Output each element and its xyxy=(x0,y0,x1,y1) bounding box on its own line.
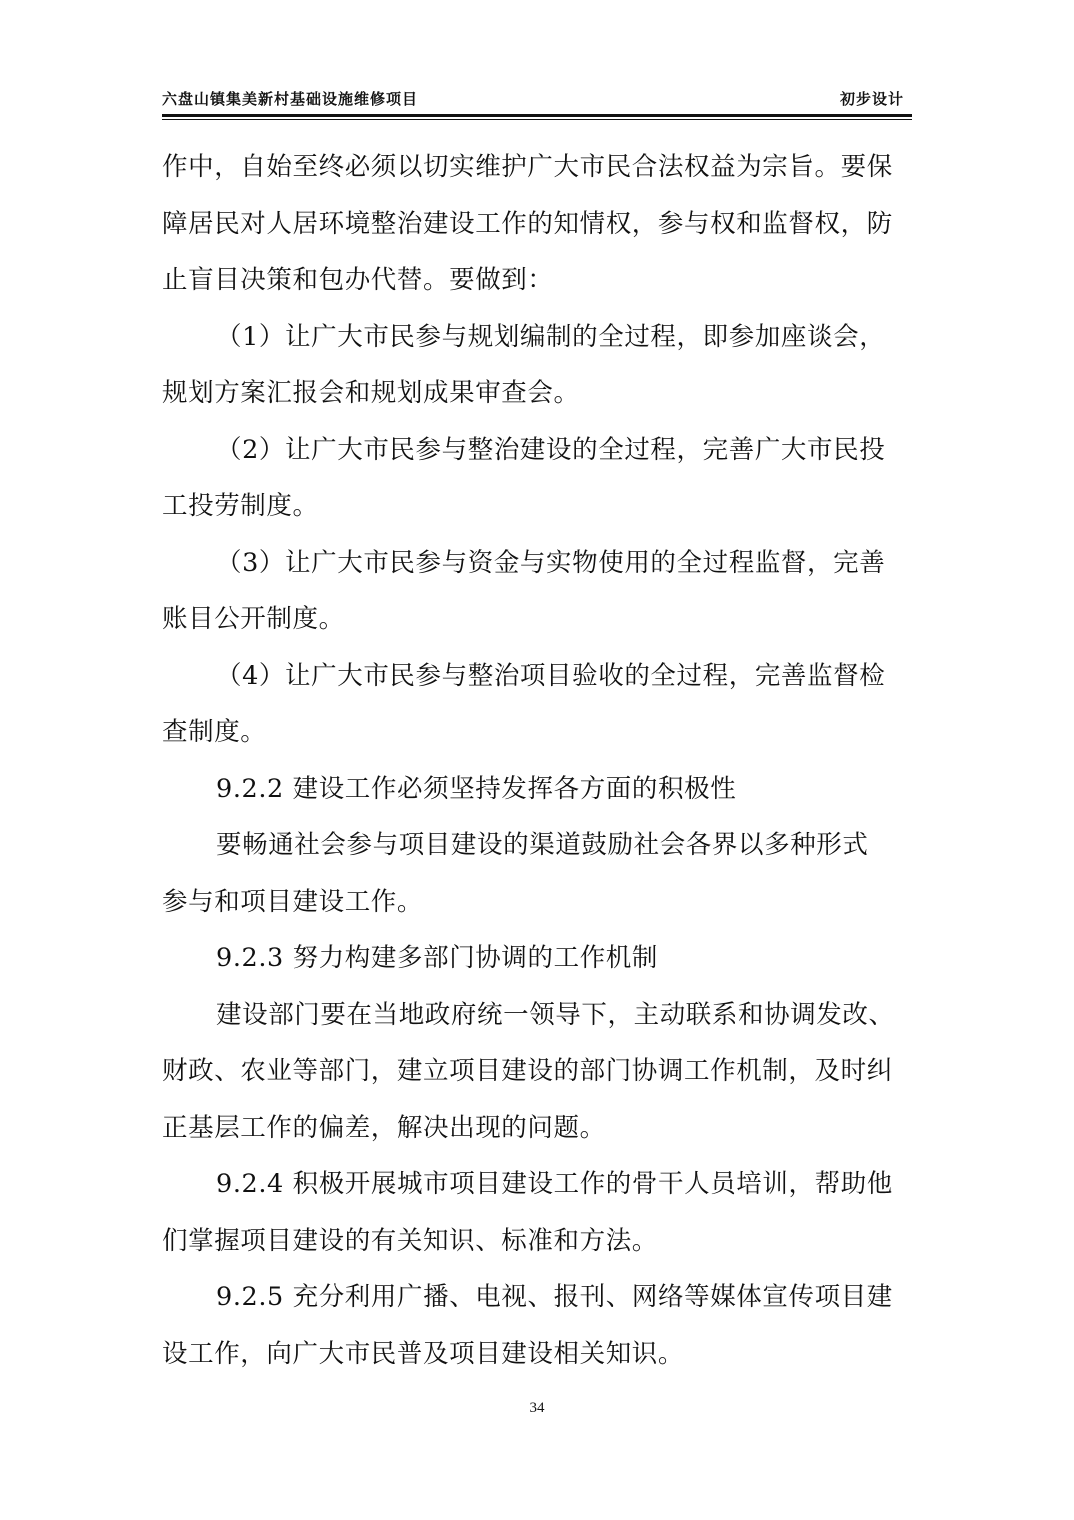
text-line: 规划方案汇报会和规划成果审查会。 xyxy=(162,369,914,426)
section-heading-9-2-4: 9.2.4 积极开展城市项目建设工作的骨干人员培训，帮助他 xyxy=(162,1160,914,1217)
section-heading-9-2-5: 9.2.5 充分利用广播、电视、报刊、网络等媒体宣传项目建 xyxy=(162,1273,914,1330)
text-line: 们掌握项目建设的有关知识、标准和方法。 xyxy=(162,1217,914,1274)
text-line: 查制度。 xyxy=(162,708,914,765)
text-line: 账目公开制度。 xyxy=(162,595,914,652)
header-rule-thick xyxy=(162,114,912,117)
header-rule-thin xyxy=(162,119,912,120)
text-line: 工投劳制度。 xyxy=(162,482,914,539)
text-line: 设工作，向广大市民普及项目建设相关知识。 xyxy=(162,1330,914,1387)
text-line: 财政、农业等部门，建立项目建设的部门协调工作机制，及时纠 xyxy=(162,1047,914,1104)
page-header: 六盘山镇集美新村基础设施维修项目 初步设计 xyxy=(162,88,912,112)
text-line: 正基层工作的偏差，解决出现的问题。 xyxy=(162,1104,914,1161)
section-heading-9-2-2: 9.2.2 建设工作必须坚持发挥各方面的积极性 xyxy=(162,765,914,822)
text-line: 止盲目决策和包办代替。要做到： xyxy=(162,256,914,313)
list-item-2: （2）让广大市民参与整治建设的全过程，完善广大市民投 xyxy=(162,426,914,483)
text-line: 建设部门要在当地政府统一领导下，主动联系和协调发改、 xyxy=(162,991,914,1048)
list-item-1: （1）让广大市民参与规划编制的全过程，即参加座谈会， xyxy=(162,313,914,370)
page-number: 34 xyxy=(0,1400,1074,1417)
body-text: 作中，自始至终必须以切实维护广大市民合法权益为宗旨。要保 障居民对人居环境整治建… xyxy=(162,143,914,1386)
document-stage: 初步设计 xyxy=(840,88,904,109)
text-line: 障居民对人居环境整治建设工作的知情权，参与权和监督权，防 xyxy=(162,200,914,257)
list-item-3: （3）让广大市民参与资金与实物使用的全过程监督，完善 xyxy=(162,539,914,596)
section-heading-9-2-3: 9.2.3 努力构建多部门协调的工作机制 xyxy=(162,934,914,991)
project-title: 六盘山镇集美新村基础设施维修项目 xyxy=(162,88,418,109)
text-line: 作中，自始至终必须以切实维护广大市民合法权益为宗旨。要保 xyxy=(162,143,914,200)
list-item-4: （4）让广大市民参与整治项目验收的全过程，完善监督检 xyxy=(162,652,914,709)
text-line: 要畅通社会参与项目建设的渠道鼓励社会各界以多种形式 xyxy=(162,821,914,878)
text-line: 参与和项目建设工作。 xyxy=(162,878,914,935)
